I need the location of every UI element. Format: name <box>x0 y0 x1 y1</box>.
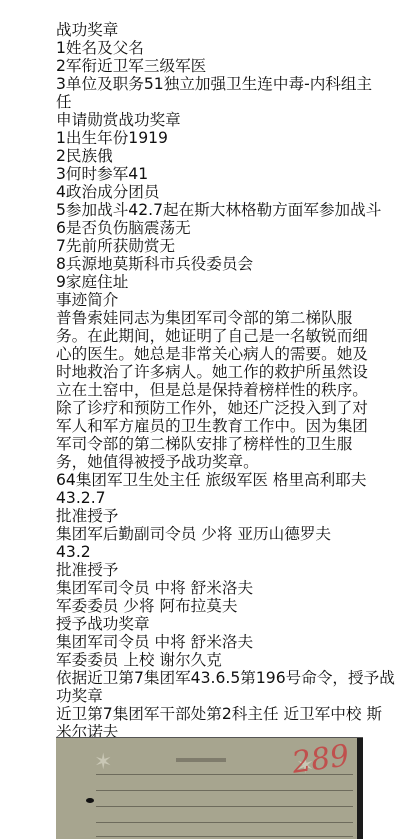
field-conscription: 8兵源地莫斯科市兵役委员会 <box>56 255 366 273</box>
summary-line: 除了诊疗和预防工作外，她还广泛投入到了对 <box>56 399 366 417</box>
signatory-line: 64集团军卫生处主任 旅级军医 格里高利耶夫 <box>56 471 366 489</box>
section-heading-summary: 事迹简介 <box>56 291 366 309</box>
field-address: 9家庭住址 <box>56 273 366 291</box>
field-prior-awards: 7先前所获勋赏无 <box>56 237 366 255</box>
signatory-line: 军委委员 少将 阿布拉莫夫 <box>56 597 366 615</box>
doc-title: 战功奖章 <box>56 21 366 39</box>
field-name: 1姓名及父名 <box>56 39 366 57</box>
summary-line: 务，她值得被授予战功奖章。 <box>56 453 366 471</box>
scanned-document-image: ✶ ✶ 289 <box>56 737 363 839</box>
scan-header-text <box>176 758 226 762</box>
signatory-line: 集团军司令员 中将 舒米洛夫 <box>56 633 366 651</box>
date-line: 43.2.7 <box>56 489 366 507</box>
scan-form-rule <box>96 806 353 807</box>
order-line: 依据近卫第7集团军43.6.5第196号命令，授予战 <box>56 669 366 687</box>
section-heading-application: 申请勋赏战功奖章 <box>56 111 366 129</box>
star-watermark-icon: ✶ <box>94 750 112 775</box>
order-line-cont: 功奖章 <box>56 687 366 705</box>
summary-line: 军人和军方雇员的卫生教育工作中。因为集团 <box>56 417 366 435</box>
approval-heading: 批准授予 <box>56 507 366 525</box>
summary-line: 普鲁索娃同志为集团军司令部的第二梯队服 <box>56 309 366 327</box>
scan-smudge <box>86 798 94 803</box>
field-unit-cont: 任 <box>56 93 366 111</box>
approval-heading: 批准授予 <box>56 561 366 579</box>
date-line: 43.2 <box>56 543 366 561</box>
field-unit: 3单位及职务51独立加强卫生连中毒-内科组主 <box>56 75 366 93</box>
field-nationality: 2民族俄 <box>56 147 366 165</box>
field-wounds: 6是否负伤脑震荡无 <box>56 219 366 237</box>
signatory-line: 集团军后勤副司令员 少将 亚历山德罗夫 <box>56 525 366 543</box>
scan-form-rule <box>96 790 353 791</box>
signatory-line: 近卫第7集团军干部处第2科主任 近卫军中校 斯 <box>56 705 366 723</box>
award-document-text: 战功奖章 1姓名及父名 2军衔近卫军三级军医 3单位及职务51独立加强卫生连中毒… <box>56 21 366 741</box>
award-heading: 授予战功奖章 <box>56 615 366 633</box>
scan-dark-edge <box>357 738 363 839</box>
signatory-line: 军委委员 上校 谢尔久克 <box>56 651 366 669</box>
field-rank: 2军衔近卫军三级军医 <box>56 57 366 75</box>
summary-line: 军司令部的第二梯队安排了榜样性的卫生服 <box>56 435 366 453</box>
field-enlisted: 3何时参军41 <box>56 165 366 183</box>
scan-form-rule <box>96 822 353 823</box>
summary-line: 立在土窑中，但是总是保持着榜样性的秩序。 <box>56 381 366 399</box>
scan-form-rule <box>96 836 353 837</box>
field-birth-year: 1出生年份1919 <box>56 129 366 147</box>
field-political: 4政治成分团员 <box>56 183 366 201</box>
summary-line: 务。在此期间，她证明了自己是一名敏锐而细 <box>56 327 366 345</box>
signatory-line: 集团军司令员 中将 舒米洛夫 <box>56 579 366 597</box>
summary-line: 时地救治了许多病人。她工作的救护所虽然设 <box>56 363 366 381</box>
field-combat: 5参加战斗42.7起在斯大林格勒方面军参加战斗 <box>56 201 366 219</box>
summary-line: 心的医生。她总是非常关心病人的需要。她及 <box>56 345 366 363</box>
